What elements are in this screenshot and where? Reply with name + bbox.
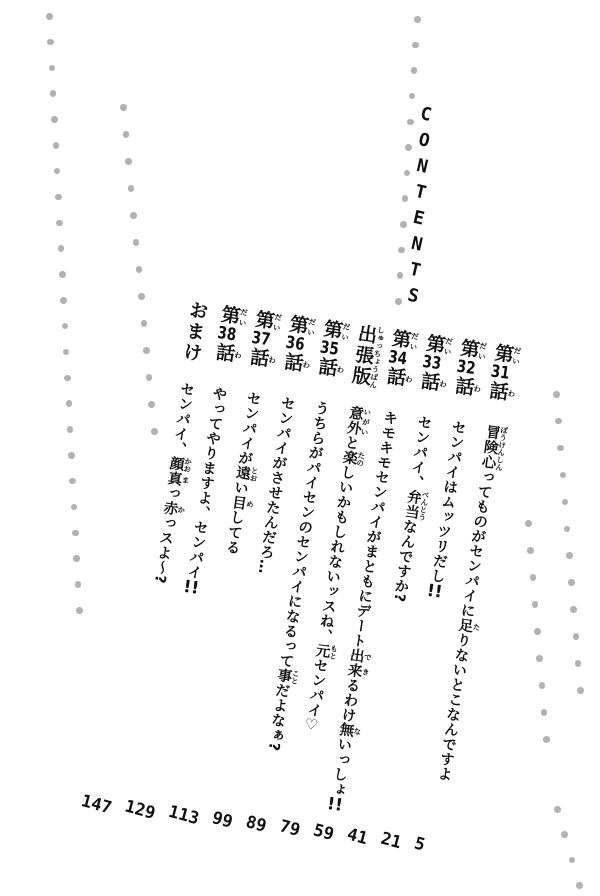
contents-letter: T — [408, 261, 423, 281]
furigana: だい — [237, 306, 249, 328]
decorative-dot — [560, 472, 567, 479]
furigana: ま — [180, 472, 191, 488]
decorative-dot — [575, 660, 582, 667]
decorative-dot — [573, 633, 580, 640]
decorative-dot — [56, 220, 63, 227]
chapter-label: 第だい31話わ — [483, 342, 522, 423]
ruby-segment: 話わ — [383, 365, 408, 389]
text-segment: いっしょ — [328, 736, 352, 798]
chapter-label: 第だい35話わ — [312, 318, 351, 399]
furigana: とお — [248, 466, 259, 482]
decorative-dot — [412, 42, 419, 49]
text-segment: センパイ、 — [169, 381, 195, 457]
chapter-label: 出張版しゅっちょうばん — [346, 323, 385, 404]
decorative-dot — [58, 245, 65, 252]
ruby-segment: 第だい — [422, 332, 447, 356]
ruby-segment: 第だい — [319, 318, 344, 342]
ruby-segment: 話わ — [451, 375, 476, 399]
decorative-dot — [55, 194, 62, 201]
furigana: もと — [328, 644, 339, 660]
furigana: だい — [476, 340, 488, 362]
decorative-dot — [557, 445, 564, 452]
decorative-dot — [532, 601, 539, 608]
furigana: だい — [442, 335, 454, 357]
chapter-label: 第だい38話わ — [209, 304, 248, 385]
furigana: だい — [511, 345, 523, 367]
decorative-dot — [63, 349, 70, 356]
decorative-dot — [397, 272, 404, 279]
chapter-label: 第だい34話わ — [380, 328, 419, 409]
furigana: か — [176, 502, 187, 518]
text-segment: センパイ、 — [406, 414, 432, 490]
decorative-dot — [51, 116, 58, 123]
furigana: め — [244, 496, 255, 512]
chapter-label: 第だい37話わ — [244, 308, 283, 389]
decorative-dot — [64, 375, 71, 382]
decorative-dot — [527, 547, 534, 554]
decorative-dot — [141, 320, 148, 327]
decorative-dot — [568, 579, 575, 586]
decorative-dot — [566, 552, 573, 559]
decorative-dot — [577, 687, 584, 694]
furigana: こと — [290, 669, 301, 685]
decorative-dot — [404, 170, 411, 177]
decorative-dot — [530, 574, 537, 581]
ruby-segment: 第だい — [217, 304, 242, 328]
decorative-dot — [543, 736, 550, 743]
decorative-dot — [541, 709, 548, 716]
decorative-dot — [76, 607, 83, 614]
chapter-label: 第だい36話わ — [278, 313, 317, 394]
page-number: 89 — [244, 814, 268, 836]
furigana: な — [352, 723, 363, 739]
decorative-dot — [564, 526, 571, 533]
page-number: 59 — [311, 822, 335, 844]
decorative-dot — [62, 323, 69, 330]
decorative-dot — [130, 212, 137, 219]
ruby-segment: 意外いがい — [344, 404, 364, 436]
decorative-dot — [60, 297, 67, 304]
decorative-dot — [120, 104, 127, 111]
furigana: わ — [437, 373, 449, 395]
ruby-segment: 冒険心ぼうけんしん — [479, 424, 501, 471]
decorative-dot — [569, 857, 576, 864]
decorative-dot — [49, 65, 56, 72]
ruby-segment: 話わ — [417, 370, 442, 394]
furigana: た — [471, 619, 482, 635]
text-segment: センパイ♡ — [302, 657, 328, 735]
contents-label: CONTENTS — [407, 106, 432, 306]
decorative-dot — [400, 221, 407, 228]
furigana: かお — [182, 457, 193, 473]
furigana: わ — [403, 368, 415, 390]
contents-letter: S — [406, 287, 421, 307]
decorative-dot — [47, 39, 54, 46]
furigana: わ — [300, 354, 312, 376]
tcy-text: !! — [180, 578, 202, 598]
decorative-dot — [562, 499, 569, 506]
decorative-dot — [405, 144, 412, 151]
decorative-dot — [53, 142, 60, 149]
decorative-dot — [395, 298, 402, 305]
page-number: 147 — [79, 793, 113, 817]
furigana: たの — [355, 451, 366, 467]
ruby-segment: 第だい — [251, 308, 276, 332]
text-segment: りないとこなんですよ — [435, 632, 472, 783]
text-segment: なんですか? — [390, 518, 418, 603]
contents-letter: E — [411, 209, 426, 229]
decorative-dot — [553, 391, 560, 398]
decorative-dot — [402, 195, 409, 202]
decorative-dot — [536, 655, 543, 662]
furigana: わ — [266, 349, 278, 371]
toc-columns: 第だい31話わ冒険心ぼうけんしんってものがセンパイに足たりないとこなんですよ第だ… — [120, 299, 522, 830]
contents-letter: N — [415, 157, 430, 177]
decorative-dot — [72, 530, 79, 537]
furigana: わ — [471, 378, 483, 400]
chapter-label: おまけ — [177, 299, 208, 379]
decorative-dot — [59, 271, 66, 278]
ruby-segment: 話わ — [485, 380, 510, 404]
chapter-label: 第だい32話わ — [449, 337, 488, 418]
decorative-dot — [46, 13, 53, 20]
decorative-dot — [125, 158, 132, 165]
chapter-label: 第だい33話わ — [415, 332, 454, 413]
decorative-dot — [534, 628, 541, 635]
furigana: わ — [232, 344, 244, 366]
tcy-text: !! — [324, 795, 346, 815]
decorative-dot — [555, 418, 562, 425]
text-segment: センパイが — [235, 390, 261, 466]
page-number: 99 — [210, 810, 234, 832]
page-number: 129 — [123, 799, 157, 823]
ruby-segment: 話わ — [314, 356, 339, 380]
furigana: だい — [340, 321, 352, 343]
decorative-dot — [69, 478, 76, 485]
text-segment: だよなぁ? — [265, 682, 290, 752]
decorative-dot — [525, 520, 532, 527]
text-segment: っスよ〜? — [151, 514, 176, 584]
page-number: 41 — [345, 826, 369, 848]
decorative-dot — [71, 504, 78, 511]
ruby-segment: 出来でき — [345, 647, 365, 679]
furigana: わ — [505, 382, 517, 404]
ruby-segment: 話わ — [212, 341, 237, 365]
decorative-dot — [136, 266, 143, 273]
contents-letter: N — [409, 235, 424, 255]
decorative-dot — [50, 90, 57, 97]
furigana: だい — [306, 316, 318, 338]
decorative-dot — [414, 16, 421, 23]
page-number: 79 — [278, 818, 302, 840]
ruby-segment: 話わ — [246, 346, 271, 370]
ruby-segment: 出張版しゅっちょうばん — [348, 323, 379, 388]
furigana: だい — [408, 330, 420, 352]
page-number: 5 — [412, 835, 426, 854]
contents-letter: T — [413, 183, 428, 203]
decorative-dot — [66, 400, 73, 407]
decorative-dot — [151, 428, 158, 435]
ruby-segment: 第だい — [388, 328, 413, 352]
decorative-dot — [576, 882, 583, 889]
decorative-dot — [407, 119, 414, 126]
ruby-segment: 話わ — [280, 351, 305, 375]
decorative-dot — [138, 293, 145, 300]
decorative-dot — [123, 131, 130, 138]
page-number: 21 — [379, 831, 403, 853]
decorative-dot — [561, 831, 568, 838]
decorative-dot — [398, 247, 405, 254]
page-number: 113 — [167, 804, 201, 828]
decorative-dot — [570, 606, 577, 613]
decorative-dot — [554, 806, 561, 813]
contents-letter: O — [417, 131, 432, 151]
decorative-dot — [67, 426, 74, 433]
decorative-dot — [409, 93, 416, 100]
furigana: だい — [271, 311, 283, 333]
decorative-dot — [146, 374, 153, 381]
text-segment: るわけ — [338, 677, 360, 724]
decorative-dot — [75, 581, 82, 588]
ruby-segment: 第だい — [490, 342, 515, 366]
ruby-segment: 第だい — [285, 313, 310, 337]
furigana: わ — [334, 358, 346, 380]
decorative-dot — [73, 555, 80, 562]
tcy-text: !! — [423, 582, 445, 602]
decorative-dot — [539, 682, 546, 689]
decorative-dot — [133, 239, 140, 246]
decorative-dot — [128, 185, 135, 192]
decorative-dot — [54, 168, 61, 175]
text-segment: おまけ — [179, 299, 210, 364]
decorative-dot — [68, 452, 75, 459]
contents-letter: C — [418, 105, 433, 125]
decorative-dot — [148, 401, 155, 408]
ruby-segment: 第だい — [456, 337, 481, 361]
text-segment: してる — [223, 509, 245, 556]
decorative-dot — [143, 347, 150, 354]
decorative-dot — [411, 67, 418, 74]
ruby-segment: 弁当べんとう — [402, 488, 422, 520]
